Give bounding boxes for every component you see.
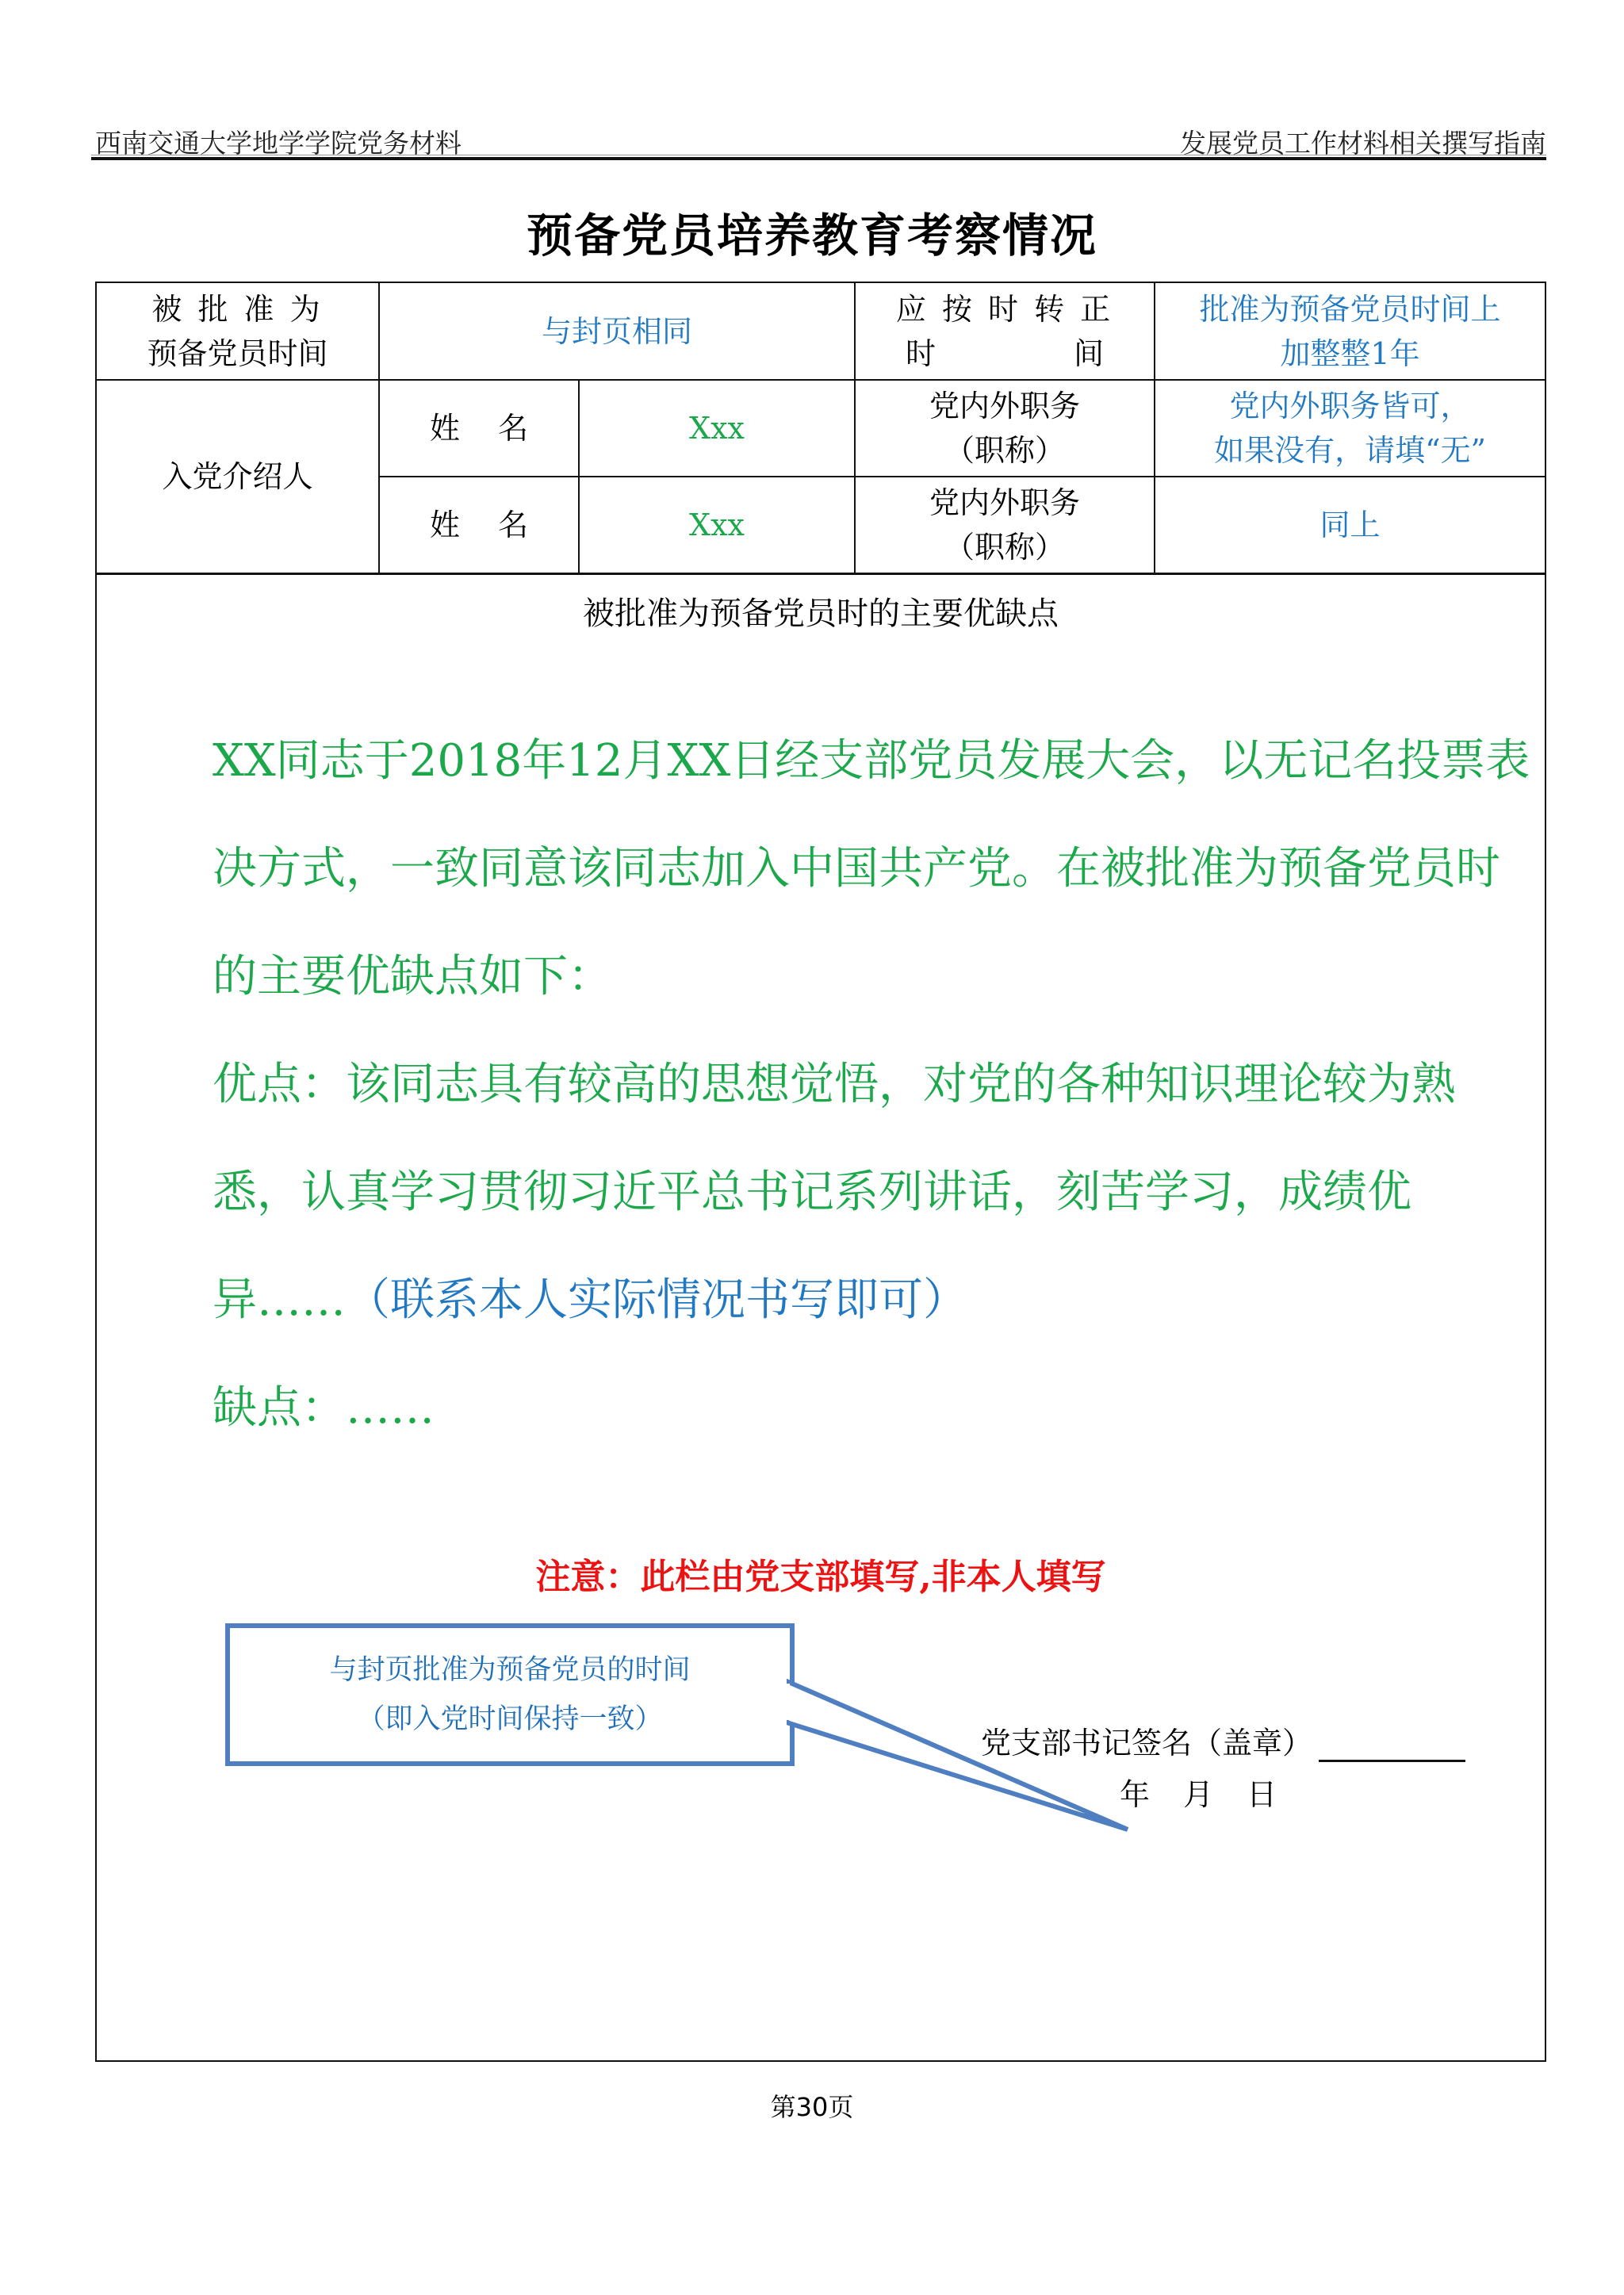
signature-line[interactable] [1319, 1731, 1465, 1762]
approval-date-label: 被 批 准 为 预备党员时间 [97, 283, 378, 379]
page-number: 第30页 [0, 2087, 1624, 2124]
approval-date-label-line2: 预备党员时间 [147, 331, 327, 376]
intro-paragraph: XX同志于2018年12月XX日经支部党员发展大会，以无记名投票表决方式，一致同… [114, 707, 1534, 1031]
introducer1-name-label: 姓 名 [380, 381, 578, 476]
header-divider [91, 157, 1546, 160]
callout-line2: （即入党时间保持一致） [357, 1695, 662, 1744]
label-char-shi: 时 [906, 331, 936, 376]
introducers-label: 入党介绍人 [97, 381, 378, 573]
approval-date-label-line1: 被 批 准 为 [151, 287, 323, 331]
weaknesses-paragraph: 缺点：…… [114, 1354, 1534, 1462]
approval-date-value[interactable]: 与封页相同 [380, 283, 854, 379]
regularization-date-label-line2: 时 间 [906, 331, 1104, 376]
position-label-line2: （职称） [944, 428, 1065, 473]
row-divider [97, 573, 1545, 575]
introducer1-name-value[interactable]: Xxx [580, 381, 854, 476]
position-value-line2: 如果没有，请填“无” [1214, 428, 1486, 473]
regularization-date-value[interactable]: 批准为预备党员时间上 加整整1年 [1155, 283, 1545, 379]
fill-note: 注意：此栏由党支部填写,非本人填写 [97, 1548, 1545, 1599]
position-label-line1: 党内外职务 [929, 481, 1080, 525]
position-value-line1: 党内外职务皆可， [1229, 384, 1470, 428]
callout-line1: 与封页批准为预备党员的时间 [329, 1646, 690, 1695]
position-label-line2: （职称） [944, 525, 1065, 569]
evaluation-text[interactable]: XX同志于2018年12月XX日经支部党员发展大会，以无记名投票表决方式，一致同… [114, 707, 1534, 1462]
regularization-date-label-line1: 应 按 时 转 正 [896, 287, 1113, 331]
section-heading: 被批准为预备党员时的主要优缺点 [97, 588, 1545, 634]
callout-box: 与封页批准为预备党员的时间 （即入党时间保持一致） [225, 1623, 795, 1766]
strengths-hint: （联系本人实际情况书写即可） [346, 1274, 967, 1326]
introducer2-name-value[interactable]: Xxx [580, 477, 854, 573]
regularization-date-value-line1: 批准为预备党员时间上 [1199, 287, 1500, 331]
label-char-jian: 间 [1074, 331, 1104, 376]
regularization-date-label: 应 按 时 转 正 时 间 [856, 283, 1154, 379]
signature-date[interactable]: 年 月 日 [1120, 1770, 1277, 1814]
regularization-date-value-line2: 加整整1年 [1280, 331, 1419, 376]
introducer1-position-value[interactable]: 党内外职务皆可， 如果没有，请填“无” [1155, 381, 1545, 476]
strengths-paragraph: 优点：该同志具有较高的思想觉悟，对党的各种知识理论较为熟悉，认真学习贯彻习近平总… [114, 1031, 1534, 1354]
header-divider-thin [91, 155, 1546, 155]
signature-area: 党支部书记签名（盖章） [981, 1718, 1465, 1762]
introducer2-position-label: 党内外职务 （职称） [856, 477, 1154, 573]
position-label-line1: 党内外职务 [929, 384, 1080, 428]
introducer2-position-value[interactable]: 同上 [1155, 477, 1545, 573]
signature-label: 党支部书记签名（盖章） [981, 1726, 1312, 1761]
introducer2-name-label: 姓 名 [380, 477, 578, 573]
evaluation-table: 被 批 准 为 预备党员时间 与封页相同 应 按 时 转 正 时 间 批准为预备… [95, 282, 1546, 2062]
introducer1-position-label: 党内外职务 （职称） [856, 381, 1154, 476]
page-title: 预备党员培养教育考察情况 [0, 198, 1624, 265]
